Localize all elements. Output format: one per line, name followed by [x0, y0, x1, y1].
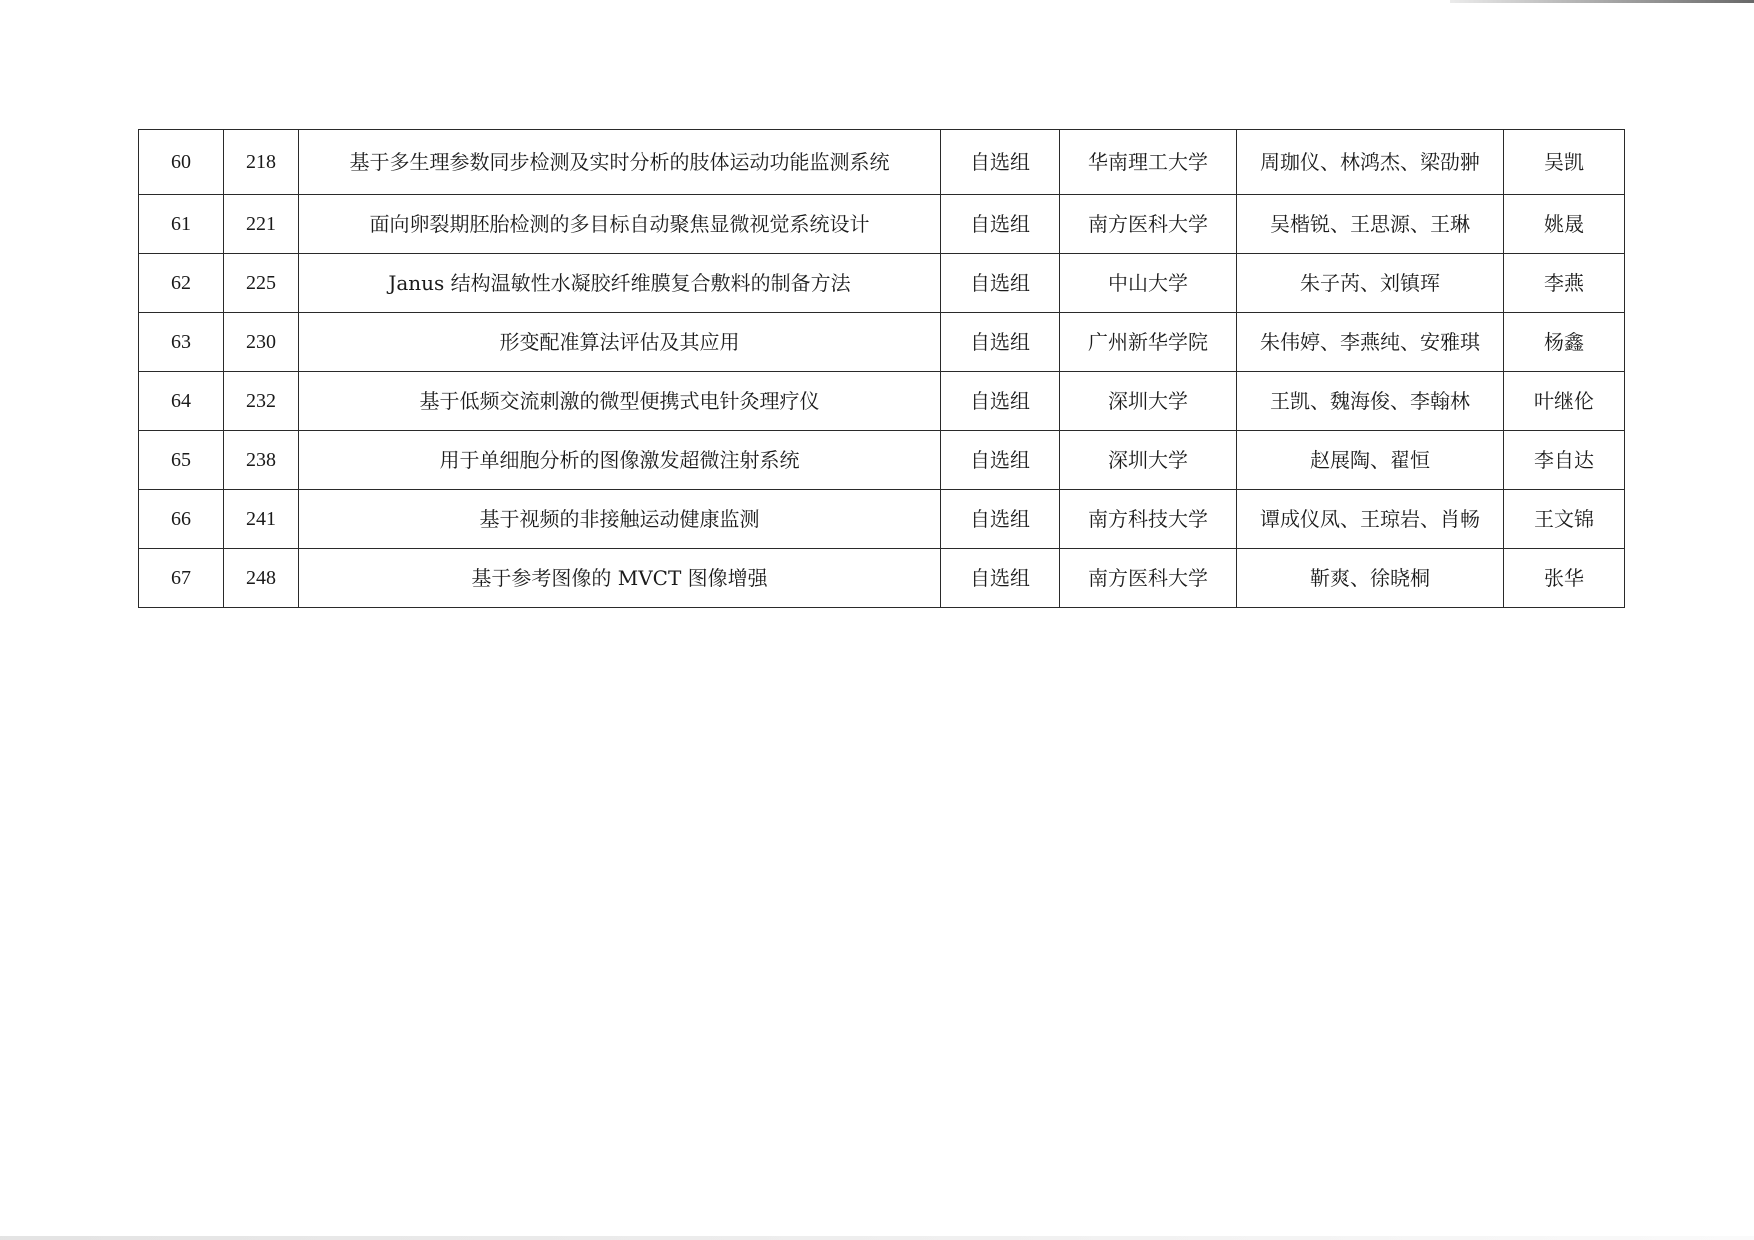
advisor: 李燕 — [1504, 254, 1625, 313]
entry-id: 221 — [224, 195, 299, 254]
advisor: 吴凯 — [1504, 130, 1625, 195]
table-row: 63 230 形变配准算法评估及其应用 自选组 广州新华学院 朱伟婷、李燕纯、安… — [139, 313, 1625, 372]
members: 靳爽、徐晓桐 — [1237, 549, 1504, 608]
project-title: Janus 结构温敏性水凝胶纤维膜复合敷料的制备方法 — [299, 254, 941, 313]
group: 自选组 — [941, 431, 1060, 490]
school: 深圳大学 — [1060, 372, 1237, 431]
members: 朱伟婷、李燕纯、安雅琪 — [1237, 313, 1504, 372]
advisor: 杨鑫 — [1504, 313, 1625, 372]
group: 自选组 — [941, 254, 1060, 313]
group: 自选组 — [941, 313, 1060, 372]
row-index: 66 — [139, 490, 224, 549]
entry-id: 218 — [224, 130, 299, 195]
table-row: 67 248 基于参考图像的 MVCT 图像增强 自选组 南方医科大学 靳爽、徐… — [139, 549, 1625, 608]
group: 自选组 — [941, 372, 1060, 431]
advisor: 李自达 — [1504, 431, 1625, 490]
advisor: 叶继伦 — [1504, 372, 1625, 431]
award-list-table: 60 218 基于多生理参数同步检测及实时分析的肢体运动功能监测系统 自选组 华… — [138, 129, 1625, 608]
group: 自选组 — [941, 130, 1060, 195]
row-index: 62 — [139, 254, 224, 313]
school: 南方科技大学 — [1060, 490, 1237, 549]
school: 华南理工大学 — [1060, 130, 1237, 195]
row-index: 63 — [139, 313, 224, 372]
row-index: 65 — [139, 431, 224, 490]
school: 南方医科大学 — [1060, 195, 1237, 254]
school: 深圳大学 — [1060, 431, 1237, 490]
members: 王凯、魏海俊、李翰林 — [1237, 372, 1504, 431]
scan-edge-bottom — [0, 1236, 1754, 1240]
project-title: 基于低频交流刺激的微型便携式电针灸理疗仪 — [299, 372, 941, 431]
members: 吴楷锐、王思源、王琳 — [1237, 195, 1504, 254]
row-index: 64 — [139, 372, 224, 431]
project-title: 基于多生理参数同步检测及实时分析的肢体运动功能监测系统 — [299, 130, 941, 195]
group: 自选组 — [941, 195, 1060, 254]
members: 赵展陶、翟恒 — [1237, 431, 1504, 490]
project-title: 形变配准算法评估及其应用 — [299, 313, 941, 372]
project-title: 基于视频的非接触运动健康监测 — [299, 490, 941, 549]
school: 广州新华学院 — [1060, 313, 1237, 372]
entry-id: 225 — [224, 254, 299, 313]
project-title: 用于单细胞分析的图像激发超微注射系统 — [299, 431, 941, 490]
project-title: 面向卵裂期胚胎检测的多目标自动聚焦显微视觉系统设计 — [299, 195, 941, 254]
table-row: 64 232 基于低频交流刺激的微型便携式电针灸理疗仪 自选组 深圳大学 王凯、… — [139, 372, 1625, 431]
advisor: 姚晟 — [1504, 195, 1625, 254]
row-index: 67 — [139, 549, 224, 608]
entry-id: 238 — [224, 431, 299, 490]
school: 南方医科大学 — [1060, 549, 1237, 608]
table-row: 60 218 基于多生理参数同步检测及实时分析的肢体运动功能监测系统 自选组 华… — [139, 130, 1625, 195]
table-row: 66 241 基于视频的非接触运动健康监测 自选组 南方科技大学 谭成仪凤、王琼… — [139, 490, 1625, 549]
table-row: 61 221 面向卵裂期胚胎检测的多目标自动聚焦显微视觉系统设计 自选组 南方医… — [139, 195, 1625, 254]
entry-id: 248 — [224, 549, 299, 608]
entry-id: 230 — [224, 313, 299, 372]
group: 自选组 — [941, 490, 1060, 549]
advisor: 张华 — [1504, 549, 1625, 608]
scan-edge-top — [1450, 0, 1754, 3]
table-row: 62 225 Janus 结构温敏性水凝胶纤维膜复合敷料的制备方法 自选组 中山… — [139, 254, 1625, 313]
entry-id: 232 — [224, 372, 299, 431]
advisor: 王文锦 — [1504, 490, 1625, 549]
members: 谭成仪凤、王琼岩、肖畅 — [1237, 490, 1504, 549]
members: 朱子芮、刘镇珲 — [1237, 254, 1504, 313]
members: 周珈仪、林鸿杰、梁劭翀 — [1237, 130, 1504, 195]
entry-id: 241 — [224, 490, 299, 549]
table-row: 65 238 用于单细胞分析的图像激发超微注射系统 自选组 深圳大学 赵展陶、翟… — [139, 431, 1625, 490]
row-index: 60 — [139, 130, 224, 195]
school: 中山大学 — [1060, 254, 1237, 313]
row-index: 61 — [139, 195, 224, 254]
project-title: 基于参考图像的 MVCT 图像增强 — [299, 549, 941, 608]
group: 自选组 — [941, 549, 1060, 608]
